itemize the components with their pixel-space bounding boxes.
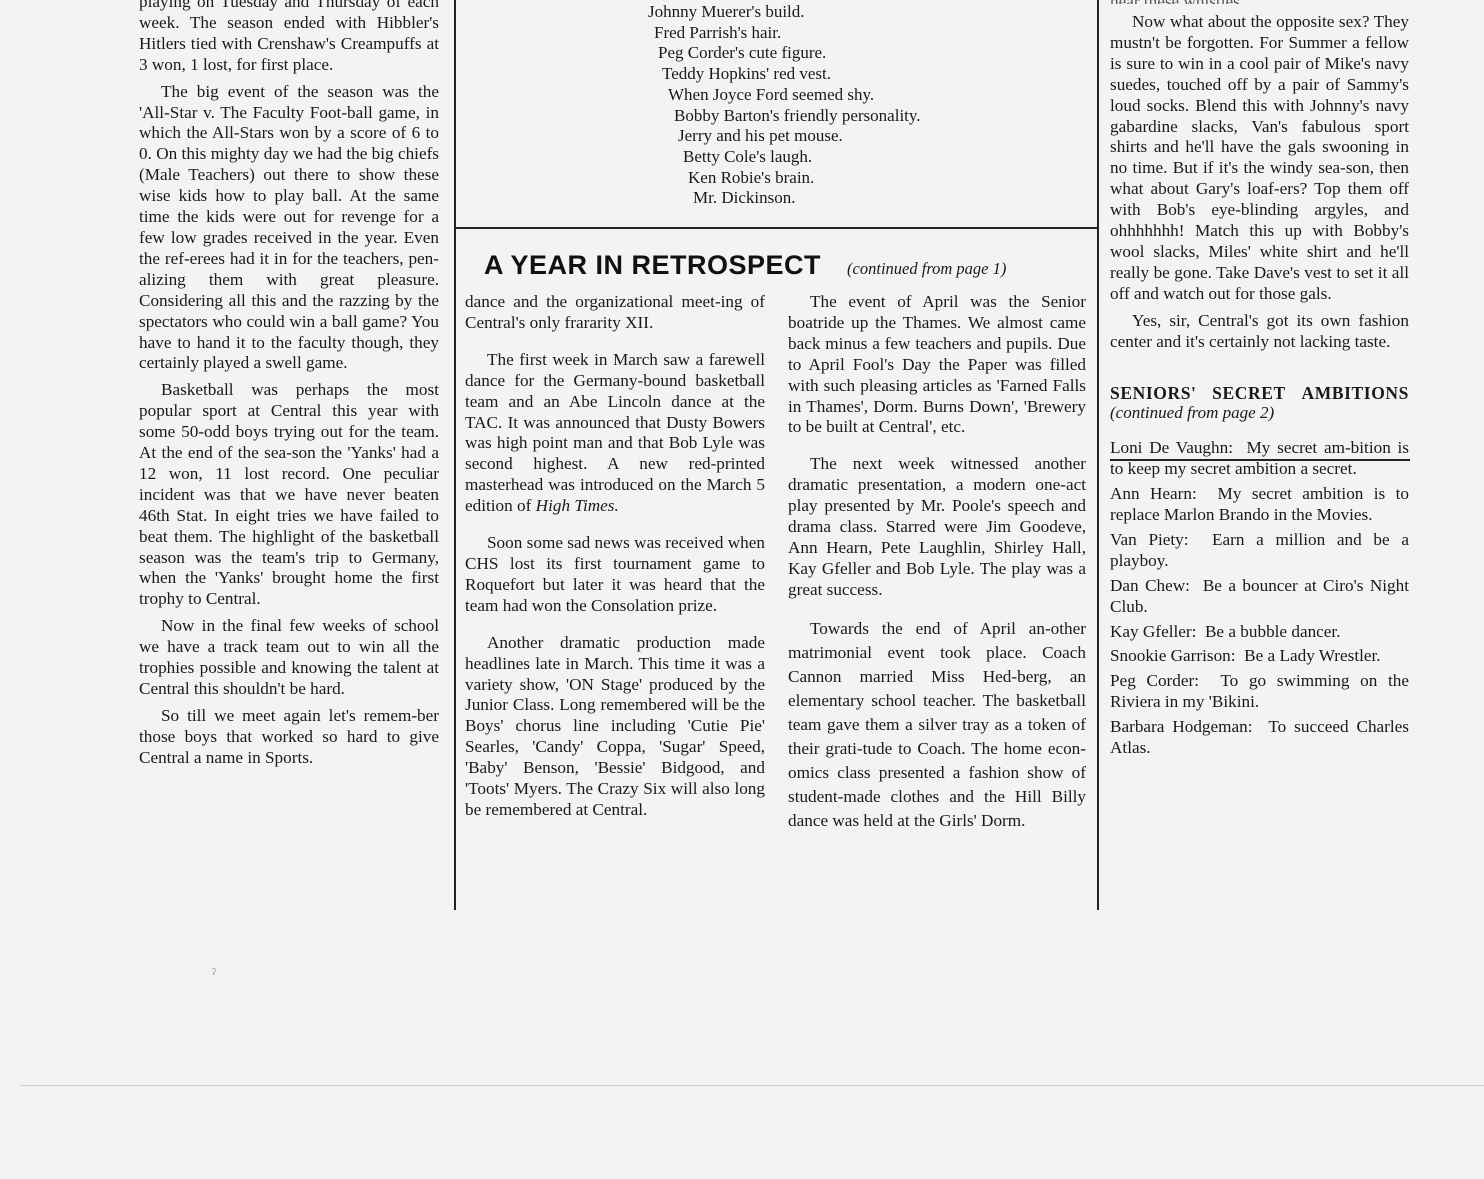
headline-title: A YEAR IN RETROSPECT xyxy=(484,250,821,281)
list-item: Jerry and his pet mouse. xyxy=(678,126,921,147)
paragraph: Now what about the opposite sex? They mu… xyxy=(1110,12,1409,305)
senior-name: Barbara Hodgeman: xyxy=(1110,717,1253,736)
ambition-text: Be a bubble dancer. xyxy=(1205,622,1341,641)
column-rule-left xyxy=(454,0,456,910)
senior-name: Van Piety: xyxy=(1110,530,1189,549)
continued-note: (continued from page 2) xyxy=(1110,403,1409,424)
paragraph: So till we meet again let's remem-ber th… xyxy=(139,706,439,769)
list-item: When Joyce Ford seemed shy. xyxy=(668,85,921,106)
ambition-entry: Van Piety: Earn a million and be a playb… xyxy=(1110,530,1409,572)
paragraph: The first week in March saw a farewell d… xyxy=(465,350,765,517)
title-word: SECRET xyxy=(1212,383,1286,404)
ambition-text: Be a Lady Wrestler. xyxy=(1244,646,1380,665)
scan-speck: ˀ xyxy=(212,966,216,984)
sports-article-column: playing on Tuesday and Thursday of each … xyxy=(139,0,439,775)
top-fragment: hear these whistles. xyxy=(1110,0,1409,4)
paragraph: Towards the end of April an-other matrim… xyxy=(788,617,1086,833)
list-item: Ken Robie's brain. xyxy=(688,168,921,189)
ambition-entry: Snookie Garrison: Be a Lady Wrestler. xyxy=(1110,646,1409,667)
title-word: SENIORS' xyxy=(1110,383,1197,404)
paragraph: The next week witnessed another dramatic… xyxy=(788,454,1086,600)
retrospect-column-1: dance and the organizational meet-ing of… xyxy=(465,292,765,827)
page-edge xyxy=(20,1085,1484,1086)
list-item: Peg Corder's cute figure. xyxy=(658,43,921,64)
paragraph: Another dramatic production made headlin… xyxy=(465,633,765,821)
memories-list: Johnny Muerer's build. Fred Parrish's ha… xyxy=(640,2,921,209)
paragraph: playing on Tuesday and Thursday of each … xyxy=(139,0,439,76)
ambition-entry: Ann Hearn: My secret ambition is to repl… xyxy=(1110,484,1409,526)
list-item: Teddy Hopkins' red vest. xyxy=(662,64,921,85)
senior-name: Ann Hearn: xyxy=(1110,484,1197,503)
paragraph: Soon some sad news was received when CHS… xyxy=(465,533,765,617)
senior-name: Dan Chew: xyxy=(1110,576,1190,595)
senior-name: Peg Corder: xyxy=(1110,671,1199,690)
paragraph: Basketball was perhaps the most popular … xyxy=(139,380,439,610)
retrospect-column-2: The event of April was the Senior boatri… xyxy=(788,292,1086,839)
ambition-entry: Dan Chew: Be a bouncer at Ciro's Night C… xyxy=(1110,576,1409,618)
list-item: Johnny Muerer's build. xyxy=(648,2,921,23)
senior-name: Loni De Vaughn: xyxy=(1110,438,1233,457)
paragraph: dance and the organizational meet-ing of… xyxy=(465,292,765,334)
senior-name: Kay Gfeller: xyxy=(1110,622,1196,641)
list-item: Fred Parrish's hair. xyxy=(654,23,921,44)
retrospect-headline: A YEAR IN RETROSPECT (continued from pag… xyxy=(484,250,1006,281)
section-rule-retrospect xyxy=(455,227,1098,229)
continued-note: (continued from page 1) xyxy=(847,259,1006,279)
ambition-entry: Loni De Vaughn: My secret am-bition is t… xyxy=(1110,438,1409,480)
column-rule-right xyxy=(1097,0,1099,910)
title-word: AMBITIONS xyxy=(1301,383,1409,404)
senior-name: Snookie Garrison: xyxy=(1110,646,1236,665)
list-item: Bobby Barton's friendly personality. xyxy=(674,106,921,127)
ambition-entry: Barbara Hodgeman: To succeed Charles Atl… xyxy=(1110,717,1409,759)
paragraph: Now in the final few weeks of school we … xyxy=(139,616,439,700)
list-item: Betty Cole's laugh. xyxy=(683,147,921,168)
ambition-entry: Kay Gfeller: Be a bubble dancer. xyxy=(1110,622,1409,643)
ambitions-title: SENIORS' SECRET AMBITIONS xyxy=(1110,383,1409,404)
paragraph: The big event of the season was the 'All… xyxy=(139,82,439,375)
ambition-entry: Peg Corder: To go swimming on the Rivier… xyxy=(1110,671,1409,713)
paragraph: Yes, sir, Central's got its own fashion … xyxy=(1110,311,1409,353)
paragraph: The event of April was the Senior boatri… xyxy=(788,292,1086,438)
newspaper-name: High Times. xyxy=(536,496,619,515)
fashion-column: hear these whistles. Now what about the … xyxy=(1110,0,1409,763)
paragraph-text: The first week in March saw a farewell d… xyxy=(465,350,765,515)
list-item: Mr. Dickinson. xyxy=(693,188,921,209)
